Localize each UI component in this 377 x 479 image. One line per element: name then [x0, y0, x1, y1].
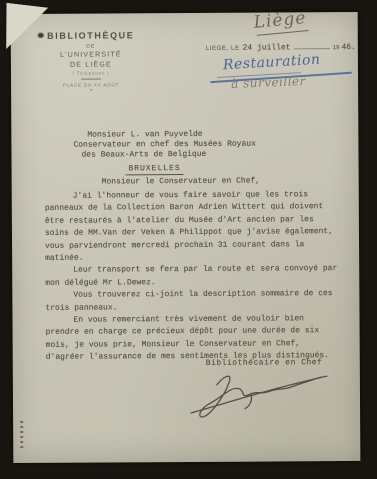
letterhead-de: DE	[31, 43, 151, 50]
margin-print-mark	[20, 421, 23, 448]
scan-background: BIBLIOTHÈQUE DE L'UNIVERSITÉ DE LIÈGE ( …	[0, 0, 377, 479]
date-fill-line	[294, 47, 330, 49]
letterhead-university: L'UNIVERSITÉ	[31, 51, 151, 59]
date-day-month: 24 juillet	[243, 43, 291, 52]
recipient-institution: des Beaux-Arts de Belgique	[81, 149, 269, 160]
letter-sheet: BIBLIOTHÈQUE DE L'UNIVERSITÉ DE LIÈGE ( …	[11, 12, 361, 463]
dateline: LIEGE, LE 24 juillet 19 46.	[206, 43, 356, 53]
paragraph-4: En vous remerciant très vivement de voul…	[45, 313, 341, 364]
paragraph-3: Vous trouverez ci-joint la description s…	[45, 288, 341, 315]
recipient-city: BRUXELLES	[74, 164, 236, 175]
date-year-typed: 46.	[341, 43, 355, 52]
letterhead-subline: ( Téléphone )	[31, 70, 151, 76]
letterhead-rule	[81, 79, 101, 80]
annotation-surveiller: à surveiller	[231, 74, 306, 91]
letter-body: J'ai l'honneur de vous faire savoir que …	[45, 189, 342, 364]
paragraph-2: Leur transport se fera par la route et s…	[45, 263, 341, 290]
signature-handwritten	[181, 364, 341, 428]
date-place-prefix: LIEGE, LE	[206, 46, 240, 52]
recipient-title: Conservateur en chef des Musées Royaux	[73, 139, 269, 150]
letterhead-city: DE LIÈGE	[31, 61, 151, 69]
letterhead: BIBLIOTHÈQUE DE L'UNIVERSITÉ DE LIÈGE ( …	[31, 30, 151, 93]
ornament-icon: ▾	[31, 88, 151, 93]
paragraph-1: J'ai l'honneur de vous faire savoir que …	[45, 189, 341, 265]
handwritten-city: Liège	[253, 8, 307, 33]
annotation-restauration: Restauration	[223, 52, 321, 74]
recipient-block: Monsieur L. van Puyvelde Conservateur en…	[73, 129, 269, 174]
salutation: Monsieur le Conservateur en Chef,	[102, 177, 260, 187]
date-year-printed: 19	[333, 45, 340, 51]
letterhead-institution: BIBLIOTHÈQUE	[31, 30, 151, 41]
